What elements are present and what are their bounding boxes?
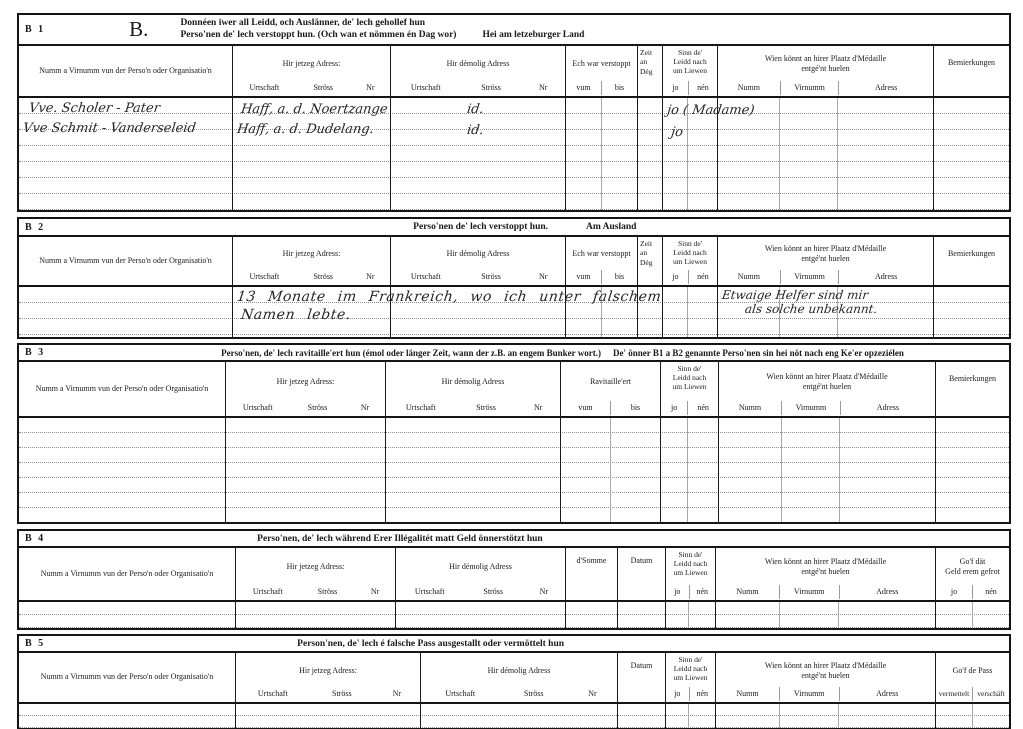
section-b1-code: B 1	[25, 24, 45, 35]
b3-col-current-address: Hir jetzeg Adress: UrtschaftStrössNr	[226, 362, 386, 416]
handwritten-address-row1: Haff, a. d. Noertzange	[240, 102, 388, 117]
handwritten-b2-helper-line2: als solche unbekannt.	[744, 302, 878, 316]
section-b2: B 2 Perso'nen de' lech verstoppt hun. Am…	[17, 217, 1011, 339]
b2-col-former-address: Hir démolig Adress UrtschaftStrössNr	[391, 237, 566, 285]
handwritten-name-row1: Vve. Scholer - Pater	[28, 101, 161, 116]
b2-col-remarks: Bemierkungen	[934, 237, 1009, 285]
b3-col-remarks: Bemierkungen	[936, 362, 1009, 416]
b2-col-still-alive: Sinn de'Leidd nachum Liewen jonén	[663, 237, 718, 285]
b1-col-name: Numm a Virnumm vun der Perso'n oder Orga…	[19, 46, 233, 96]
b1-body: Vve. Scholer - Pater Haff, a. d. Noertza…	[19, 98, 1009, 210]
section-b3-title2: De' önner B1 a B2 genannte Perso'nen sin…	[613, 348, 904, 358]
section-b1-title-line2: Perso'nen de' lech verstoppt hun. (Och w…	[180, 30, 456, 40]
section-b4-code: B 4	[25, 533, 45, 544]
b1-col-current-address: Hir jetzeg Adress: UrtschaftStrössNr	[233, 46, 391, 96]
section-b2-title-bar: B 2 Perso'nen de' lech verstoppt hun. Am…	[19, 219, 1009, 237]
b4-col-money-reclaimed: Go'f dätGeld erem gefrot jonén	[936, 548, 1009, 600]
b5-col-still-alive: Sinn de'Leidd nachum Liewen jonén	[666, 653, 716, 702]
b1-col-remarks: Bemierkungen	[934, 46, 1009, 96]
b2-col-current-address: Hir jetzeg Adress: UrtschaftStrössNr	[233, 237, 391, 285]
scanned-form-page: B 1 B. Donnéen iwer all Leidd, och Auslä…	[0, 0, 1023, 729]
b2-body: 13 Monate im Frankreich, wo ich unter fa…	[19, 287, 1009, 337]
section-b4-title: Perso'nen, de' lech während Erer Illégal…	[257, 534, 543, 544]
section-b4-title-bar: B 4 Perso'nen, de' lech während Erer Ill…	[19, 531, 1009, 548]
section-b1-title-bar: B 1 B. Donnéen iwer all Leidd, och Auslä…	[19, 15, 1009, 46]
b4-col-still-alive: Sinn de'Leidd nachum Liewen jonén	[666, 548, 716, 600]
b2-col-name: Numm a Virnumm vun der Perso'n oder Orga…	[19, 237, 233, 285]
b4-body	[19, 602, 1009, 628]
section-b1-title-locale: Hei am letzeburger Land	[482, 30, 584, 40]
b4-col-medal-recipient: Wien könnt an hirer Plaatz d'Médailleent…	[716, 548, 936, 600]
b5-col-current-address: Hir jetzeg Adress: UrtschaftStrössNr	[236, 653, 421, 702]
b3-body	[19, 418, 1009, 522]
handwritten-alive-row2: jo	[670, 125, 684, 140]
b5-col-name: Numm a Virnumm vun der Perso'n oder Orga…	[19, 653, 236, 702]
section-b3-code: B 3	[25, 347, 45, 358]
b4-column-header-row: Numm a Virnumm vun der Perso'n oder Orga…	[19, 548, 1009, 602]
b3-col-name: Numm a Virnumm vun der Perso'n oder Orga…	[19, 362, 226, 416]
b4-col-sum: d'Somme	[566, 548, 618, 600]
b1-column-header-row: Numm a Virnumm vun der Perso'n oder Orga…	[19, 46, 1009, 98]
section-b2-subtitle: Am Ausland	[586, 222, 636, 232]
section-b5-title-bar: B 5 Person'nen, de' lech é falsche Pass …	[19, 636, 1009, 653]
section-b2-title: Perso'nen de' lech verstoppt hun.	[413, 222, 548, 232]
b5-col-medal-recipient: Wien könnt an hirer Plaatz d'Médailleent…	[716, 653, 936, 702]
section-b5: B 5 Person'nen, de' lech é falsche Pass …	[17, 634, 1011, 729]
b3-column-header-row: Numm a Virnumm vun der Perso'n oder Orga…	[19, 362, 1009, 418]
section-b3: B 3 Perso'nen, de' lech ravitaille'ert h…	[17, 343, 1011, 524]
section-b2-code: B 2	[25, 222, 45, 233]
b4-col-name: Numm a Virnumm vun der Perso'n oder Orga…	[19, 548, 236, 600]
b1-col-days: ZeitanDég	[638, 46, 663, 96]
b1-col-medal-recipient: Wien könnt an hirer Plaatz d'Médailleent…	[718, 46, 934, 96]
b3-col-still-alive: Sinn de'Leidd nachum Liewen jonén	[661, 362, 719, 416]
handwritten-alive-row1: jo ( Madame)	[666, 103, 755, 118]
b5-body	[19, 704, 1009, 728]
b2-column-header-row: Numm a Virnumm vun der Perso'n oder Orga…	[19, 237, 1009, 287]
b2-col-medal-recipient: Wien könnt an hirer Plaatz d'Médailleent…	[718, 237, 934, 285]
section-b3-title: Perso'nen, de' lech ravitaille'ert hun (…	[221, 348, 601, 358]
section-b3-title-bar: B 3 Perso'nen, de' lech ravitaille'ert h…	[19, 345, 1009, 362]
section-b1: B 1 B. Donnéen iwer all Leidd, och Auslä…	[17, 13, 1011, 212]
b2-col-hidden-period: Ech war verstoppt vumbis	[566, 237, 638, 285]
b4-col-current-address: Hir jetzeg Adress: UrtschaftStrössNr	[236, 548, 396, 600]
section-b5-code: B 5	[25, 638, 45, 649]
handwritten-former-address-row1: id.	[466, 102, 484, 117]
b2-col-days: ZeitanDég	[638, 237, 663, 285]
handwritten-address-row2: Haff, a. d. Dudelang.	[236, 122, 375, 137]
handwritten-name-row2: Vve Schmit - Vanderseleid	[22, 121, 197, 136]
b1-col-hidden-period: Ech war verstoppt vumbis	[566, 46, 638, 96]
b5-column-header-row: Numm a Virnumm vun der Perso'n oder Orga…	[19, 653, 1009, 704]
section-b1-title-line1: Donnéen iwer all Leidd, och Auslänner, d…	[180, 18, 584, 30]
handwritten-b2-note-line2: Namen lebte.	[240, 307, 352, 323]
b1-col-former-address: Hir démolig Adress UrtschaftStrössNr	[391, 46, 566, 96]
b5-col-former-address: Hir démolig Adress UrtschaftStrössNr	[421, 653, 618, 702]
b3-col-supplied-period: Ravitaille'ert vumbis	[561, 362, 661, 416]
section-b4: B 4 Perso'nen, de' lech während Erer Ill…	[17, 529, 1011, 630]
handwritten-b2-helper-line1: Etwaige Helfer sind mir	[721, 288, 869, 302]
b1-col-still-alive: Sinn de'Leidd nachum Liewen jonén	[663, 46, 718, 96]
handwritten-b2-note-line1: 13 Monate im Frankreich, wo ich unter fa…	[236, 289, 662, 305]
b5-col-date: Datum	[618, 653, 666, 702]
b4-col-former-address: Hir démolig Adress UrtschaftStrössNr	[396, 548, 566, 600]
b3-col-medal-recipient: Wien könnt an hirer Plaatz d'Médailleent…	[719, 362, 936, 416]
section-b5-title: Person'nen, de' lech é falsche Pass ausg…	[297, 639, 564, 649]
b3-col-former-address: Hir démolig Adress UrtschaftStrössNr	[386, 362, 561, 416]
b4-col-date: Datum	[618, 548, 666, 600]
b5-col-pass-provided: Go'f de Pass vermetteltverschäft	[936, 653, 1009, 702]
handwritten-former-address-row2: id.	[466, 123, 484, 138]
section-b1-big-letter: B.	[129, 19, 148, 40]
